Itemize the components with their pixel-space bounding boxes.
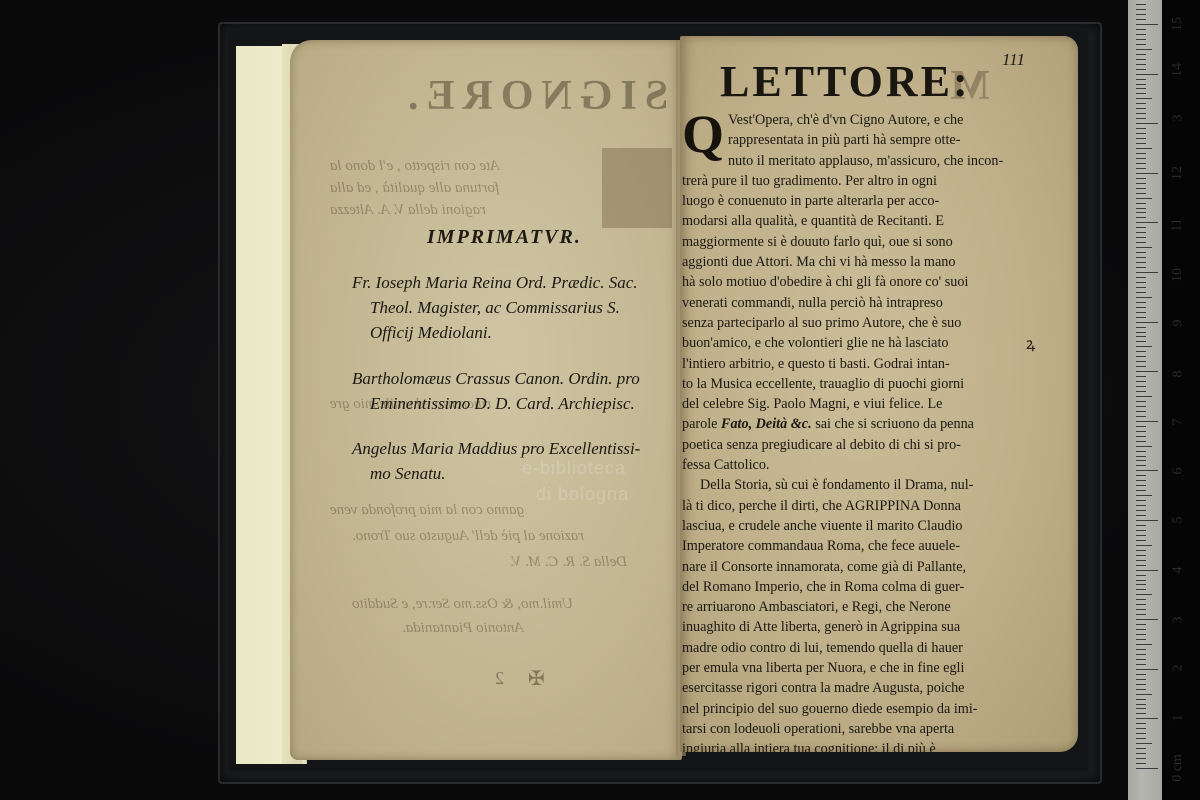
ruler-label: 4 bbox=[1160, 560, 1196, 580]
ruler-tick bbox=[1136, 644, 1152, 645]
ruler-tick bbox=[1136, 103, 1146, 104]
ruler-label: 0 cm bbox=[1160, 758, 1196, 778]
ruler-tick bbox=[1136, 292, 1146, 293]
ruler-tick bbox=[1136, 416, 1146, 417]
ruler-tick bbox=[1136, 679, 1146, 680]
text-line: per emula vna liberta per Nuora, e che i… bbox=[682, 658, 1018, 678]
ruler-tick bbox=[1136, 242, 1146, 243]
ruler-tick bbox=[1136, 163, 1146, 164]
ruler-label: 6 bbox=[1160, 461, 1196, 481]
ruler-tick bbox=[1136, 371, 1158, 372]
ruler-tick bbox=[1136, 674, 1146, 675]
ruler-tick bbox=[1136, 74, 1158, 75]
ruler-tick bbox=[1136, 19, 1146, 20]
ruler-tick bbox=[1136, 247, 1152, 248]
ruler-tick bbox=[1136, 545, 1152, 546]
ruler-tick bbox=[1136, 560, 1146, 561]
text-line: senza parteciparlo al suo primo Autore, … bbox=[682, 313, 1018, 333]
ruler-tick bbox=[1136, 436, 1146, 437]
ruler-tick bbox=[1136, 198, 1152, 199]
ruler-tick bbox=[1136, 465, 1146, 466]
ruler-tick bbox=[1136, 24, 1158, 25]
ruler-tick bbox=[1136, 54, 1146, 55]
bleed-through-line: ragioni della V. A. Altezza bbox=[330, 202, 486, 219]
ruler-tick bbox=[1136, 629, 1146, 630]
ruler-tick bbox=[1136, 98, 1152, 99]
text-line: del celebre Sig. Paolo Magni, e viui fel… bbox=[682, 394, 1018, 414]
ruler-tick bbox=[1136, 381, 1146, 382]
ruler-tick bbox=[1136, 252, 1146, 253]
bleed-through-line: fortuna alle qualità , ed alla bbox=[330, 180, 499, 197]
ruler-tick bbox=[1136, 669, 1158, 670]
ruler-tick bbox=[1136, 733, 1146, 734]
preface-text: Q Vest'Opera, ch'è d'vn Cigno Autore, e … bbox=[682, 110, 1018, 752]
text-line: rappresentata in più parti hà sempre ott… bbox=[728, 130, 1018, 150]
bleed-through-line: Ate con rispetto , e'l dono la bbox=[330, 158, 499, 175]
approval-line: Officij Mediolani. bbox=[352, 320, 638, 345]
bleed-through-title: SIGNORE. bbox=[400, 72, 668, 120]
ruler-tick bbox=[1136, 168, 1146, 169]
ruler-tick bbox=[1136, 470, 1158, 471]
ruler-tick bbox=[1136, 713, 1146, 714]
ruler-tick bbox=[1136, 361, 1146, 362]
ruler-tick bbox=[1136, 128, 1146, 129]
ruler-tick bbox=[1136, 133, 1146, 134]
ruler-tick bbox=[1136, 614, 1146, 615]
ruler-tick bbox=[1136, 59, 1146, 60]
ruler-tick bbox=[1136, 530, 1146, 531]
approval-reina: Fr. Ioseph Maria Reina Ord. Prædic. Sac.… bbox=[352, 270, 638, 345]
text-line: Vest'Opera, ch'è d'vn Cigno Autore, e ch… bbox=[728, 110, 1018, 130]
bleed-through-line: ganno con la mia profonda vene bbox=[330, 502, 524, 519]
ruler-tick bbox=[1136, 520, 1158, 521]
ruler-tick bbox=[1136, 664, 1146, 665]
ruler-label: 3 bbox=[1160, 108, 1196, 128]
ruler-tick bbox=[1136, 356, 1146, 357]
ruler-tick bbox=[1136, 475, 1146, 476]
ruler-tick bbox=[1136, 34, 1146, 35]
ruler-tick bbox=[1136, 485, 1146, 486]
ruler-label: 11 bbox=[1160, 215, 1196, 235]
text-line: to la Musica eccellente, trauaglio di pu… bbox=[682, 374, 1018, 394]
ruler-tick bbox=[1136, 768, 1158, 769]
ruler-tick bbox=[1136, 217, 1146, 218]
watermark-line: e-biblioteca bbox=[522, 458, 626, 479]
text-line: venerati commandi, nulla perciò hà intra… bbox=[682, 293, 1018, 313]
ruler-tick bbox=[1136, 699, 1146, 700]
ruler-tick bbox=[1136, 262, 1146, 263]
ruler-tick bbox=[1136, 84, 1146, 85]
ruler-label: 12 bbox=[1160, 163, 1196, 183]
ruler-tick bbox=[1136, 302, 1146, 303]
ruler-tick bbox=[1136, 406, 1146, 407]
ruler-tick bbox=[1136, 575, 1146, 576]
ruler-tick bbox=[1136, 565, 1146, 566]
ruler-tick bbox=[1136, 208, 1146, 209]
ruler-tick bbox=[1136, 446, 1152, 447]
imprimatur-heading: IMPRIMATVR. bbox=[427, 226, 582, 249]
ruler-tick bbox=[1136, 411, 1146, 412]
text-line: esercitasse rigori contra la madre Augus… bbox=[682, 678, 1018, 698]
ruler-tick bbox=[1136, 580, 1146, 581]
ruler-tick bbox=[1136, 193, 1146, 194]
ruler-label: 9 bbox=[1160, 313, 1196, 333]
ruler-label: 7 bbox=[1160, 412, 1196, 432]
ruler-tick bbox=[1136, 183, 1146, 184]
ruler-tick bbox=[1136, 738, 1146, 739]
bleed-through-line: Della S. R. C. M. V. bbox=[510, 554, 627, 571]
ruler-tick bbox=[1136, 426, 1146, 427]
ruler-tick bbox=[1136, 694, 1152, 695]
ruler-tick bbox=[1136, 684, 1146, 685]
ruler-tick bbox=[1136, 604, 1146, 605]
ruler-tick bbox=[1136, 267, 1146, 268]
approval-line: Bartholomæus Crassus Canon. Ordin. pro bbox=[352, 366, 640, 391]
watermark-line: di bologna bbox=[536, 484, 629, 505]
ruler-tick bbox=[1136, 29, 1146, 30]
ruler-tick bbox=[1136, 9, 1146, 10]
ruler-tick bbox=[1136, 748, 1146, 749]
ruler-tick bbox=[1136, 689, 1146, 690]
ruler-tick bbox=[1136, 123, 1158, 124]
ruler-tick bbox=[1136, 376, 1146, 377]
text-line: Della Storia, sù cui è fondamento il Dra… bbox=[682, 475, 1018, 495]
ruler-tick bbox=[1136, 366, 1146, 367]
ruler-tick bbox=[1136, 396, 1152, 397]
ruler-tick bbox=[1136, 143, 1146, 144]
ruler-tick bbox=[1136, 113, 1146, 114]
ruler-tick bbox=[1136, 341, 1146, 342]
ruler-tick bbox=[1136, 500, 1146, 501]
ruler-tick bbox=[1136, 619, 1158, 620]
ruler-tick bbox=[1136, 589, 1146, 590]
ruler-tick bbox=[1136, 4, 1146, 5]
ruler-tick bbox=[1136, 634, 1146, 635]
ruler-tick bbox=[1136, 232, 1146, 233]
ruler-tick bbox=[1136, 584, 1146, 585]
ruler-tick bbox=[1136, 540, 1146, 541]
text-line: buon'amico, e che volontieri glie ne hà … bbox=[682, 333, 1018, 353]
ruler-tick bbox=[1136, 594, 1152, 595]
ruler-tick bbox=[1136, 336, 1146, 337]
ruler-tick bbox=[1136, 69, 1146, 70]
ruler-tick bbox=[1136, 173, 1158, 174]
text-line: lasciua, e crudele anche viuente il mari… bbox=[682, 516, 1018, 536]
ruler-tick bbox=[1136, 272, 1158, 273]
folio-number: 111 bbox=[1002, 50, 1025, 70]
ruler-tick bbox=[1136, 203, 1146, 204]
text-line: maggiormente si è douuto farlo quì, oue … bbox=[682, 232, 1018, 252]
ruler-tick bbox=[1136, 118, 1146, 119]
ruler-tick bbox=[1136, 535, 1146, 536]
ruler-tick bbox=[1136, 158, 1146, 159]
ruler-tick bbox=[1136, 460, 1146, 461]
text-line: modarsi alla qualità, e quantità de Reci… bbox=[682, 211, 1018, 231]
ruler-tick bbox=[1136, 14, 1146, 15]
text-line: l'intiero arbitrio, e questo ti basti. G… bbox=[682, 354, 1018, 374]
ruler-tick bbox=[1136, 312, 1146, 313]
ruler-tick bbox=[1136, 421, 1158, 422]
approval-line: Fr. Ioseph Maria Reina Ord. Prædic. Sac. bbox=[352, 270, 638, 295]
ruler-tick bbox=[1136, 490, 1146, 491]
text-line: re arriuarono Ambasciatori, e Regi, che … bbox=[682, 597, 1018, 617]
page-title: LETTORE: bbox=[720, 56, 971, 107]
ruler-tick bbox=[1136, 708, 1146, 709]
approval-line: Theol. Magister, ac Commissarius S. bbox=[352, 295, 638, 320]
text-line: nare il Consorte innamorata, come già di… bbox=[682, 557, 1018, 577]
ruler-tick bbox=[1136, 515, 1146, 516]
ruler-tick bbox=[1136, 138, 1146, 139]
ruler-tick bbox=[1136, 649, 1146, 650]
ruler-tick bbox=[1136, 495, 1152, 496]
ruler-tick bbox=[1136, 178, 1146, 179]
ruler-tick bbox=[1136, 758, 1146, 759]
ruler-tick bbox=[1136, 599, 1146, 600]
ruler-tick bbox=[1136, 654, 1146, 655]
ruler-tick bbox=[1136, 401, 1146, 402]
ruler-tick bbox=[1136, 763, 1146, 764]
ruler-tick bbox=[1136, 332, 1146, 333]
ruler-label: 2 bbox=[1160, 658, 1196, 678]
text-line: nuto il meritato applauso, m'assicuro, c… bbox=[728, 151, 1018, 171]
ruler-label: 5 bbox=[1160, 510, 1196, 530]
bleed-through-page-number: 2 bbox=[495, 668, 504, 689]
ruler-tick bbox=[1136, 49, 1152, 50]
ruler-tick bbox=[1136, 148, 1152, 149]
ruler-tick bbox=[1136, 39, 1146, 40]
text-line: parole Fato, Deità &c. sai che si scriuo… bbox=[682, 414, 1018, 434]
bleed-through-line: Antonio Piantanida. bbox=[402, 620, 524, 637]
ruler-tick bbox=[1136, 505, 1146, 506]
ruler-tick bbox=[1136, 212, 1146, 213]
bleed-through-line: Umil.mo, & Oss.mo Ser.re, e Suddito bbox=[352, 596, 573, 613]
ruler-tick bbox=[1136, 659, 1146, 660]
ruler-tick bbox=[1136, 639, 1146, 640]
left-page: SIGNORE. Ate con rispetto , e'l dono la … bbox=[290, 40, 682, 760]
ruler-tick bbox=[1136, 480, 1146, 481]
ruler-tick bbox=[1136, 237, 1146, 238]
ruler-label: 15 bbox=[1160, 14, 1196, 34]
ruler-label: 10 bbox=[1160, 265, 1196, 285]
ruler-tick bbox=[1136, 431, 1146, 432]
text-line: là ti dico, perche il dirti, che AGRIPPI… bbox=[682, 496, 1018, 516]
ruler-tick bbox=[1136, 718, 1158, 719]
ruler-tick bbox=[1136, 322, 1158, 323]
italic-phrase: Fato, Deità &c. bbox=[721, 416, 812, 432]
ruler-tick bbox=[1136, 282, 1146, 283]
text-line: nel principio del suo gouerno diede esem… bbox=[682, 699, 1018, 719]
ruler-tick bbox=[1136, 753, 1146, 754]
ruler-tick bbox=[1136, 307, 1146, 308]
text-line: del Romano Imperio, che in Roma colma di… bbox=[682, 577, 1018, 597]
approval-line: Eminentissimo D. D. Card. Archiepisc. bbox=[352, 391, 640, 416]
ruler-tick bbox=[1136, 88, 1146, 89]
ruler-tick bbox=[1136, 287, 1146, 288]
text-line: Imperatore commandaua Roma, che fece auu… bbox=[682, 536, 1018, 556]
marginal-mark-icon: ꝝ bbox=[1026, 332, 1035, 354]
ruler-tick bbox=[1136, 510, 1146, 511]
text-line: poetica senza pregiudicare al debito di … bbox=[682, 435, 1018, 455]
bleed-through-line: razione al piè dell' Augusto suo Trono. bbox=[352, 528, 584, 545]
ruler-tick bbox=[1136, 555, 1146, 556]
ruler-tick bbox=[1136, 108, 1146, 109]
approval-crassus: Bartholomæus Crassus Canon. Ordin. pro E… bbox=[352, 366, 640, 416]
ruler-tick bbox=[1136, 550, 1146, 551]
ruler-tick bbox=[1136, 570, 1158, 571]
ruler-tick bbox=[1136, 257, 1146, 258]
ruler-tick bbox=[1136, 743, 1152, 744]
ruler-tick bbox=[1136, 297, 1152, 298]
ruler-tick bbox=[1136, 222, 1158, 223]
ruler-tick bbox=[1136, 386, 1146, 387]
ruler-tick bbox=[1136, 609, 1146, 610]
drop-cap: Q bbox=[682, 112, 724, 156]
ruler-tick bbox=[1136, 346, 1152, 347]
text-line: ingiuria alla intiera tua cognitione: il… bbox=[682, 739, 1018, 752]
bleed-through-ornament-block bbox=[602, 148, 672, 228]
text-line: luogo è conuenuto in parte alterarla per… bbox=[682, 191, 1018, 211]
ruler-tick bbox=[1136, 153, 1146, 154]
ruler-tick bbox=[1136, 391, 1146, 392]
ruler-label: 3 bbox=[1160, 610, 1196, 630]
ruler-tick bbox=[1136, 44, 1146, 45]
ruler-tick bbox=[1136, 317, 1146, 318]
ruler-tick bbox=[1136, 64, 1146, 65]
ruler-tick bbox=[1136, 351, 1146, 352]
text-line: aggionti due Attori. Ma chi vi hà messo … bbox=[682, 252, 1018, 272]
fleuron-icon: ✠ bbox=[528, 666, 545, 691]
ruler-tick bbox=[1136, 227, 1146, 228]
ruler-label: 1 bbox=[1160, 708, 1196, 728]
ruler-tick bbox=[1136, 456, 1146, 457]
ruler-tick bbox=[1136, 188, 1146, 189]
ruler-tick bbox=[1136, 277, 1146, 278]
right-page: M LETTORE: 111 Q Vest'Opera, ch'è d'vn C… bbox=[680, 36, 1078, 752]
ruler-tick bbox=[1136, 93, 1146, 94]
ruler-tick bbox=[1136, 441, 1146, 442]
ruler-tick bbox=[1136, 525, 1146, 526]
ruler-tick bbox=[1136, 451, 1146, 452]
ruler-tick bbox=[1136, 79, 1146, 80]
text-line: hà solo motiuo d'obedire à chi gli fà on… bbox=[682, 272, 1018, 292]
ruler-label: 14 bbox=[1160, 60, 1196, 80]
ruler-tick bbox=[1136, 624, 1146, 625]
text-line: fessa Cattolico. bbox=[682, 455, 1018, 475]
text-line: madre odio contro di lui, temendo quella… bbox=[682, 638, 1018, 658]
text-line: inuaghito di Atte liberta, generò in Agr… bbox=[682, 617, 1018, 637]
ruler-tick bbox=[1136, 704, 1146, 705]
ruler-tick bbox=[1136, 327, 1146, 328]
ruler-label: 8 bbox=[1160, 364, 1196, 384]
text-line: tarsi con lodeuoli operationi, sarebbe v… bbox=[682, 719, 1018, 739]
text-line: trerà pure il tuo gradimento. Per altro … bbox=[682, 171, 1018, 191]
ruler-tick bbox=[1136, 728, 1146, 729]
ruler-tick bbox=[1136, 723, 1146, 724]
